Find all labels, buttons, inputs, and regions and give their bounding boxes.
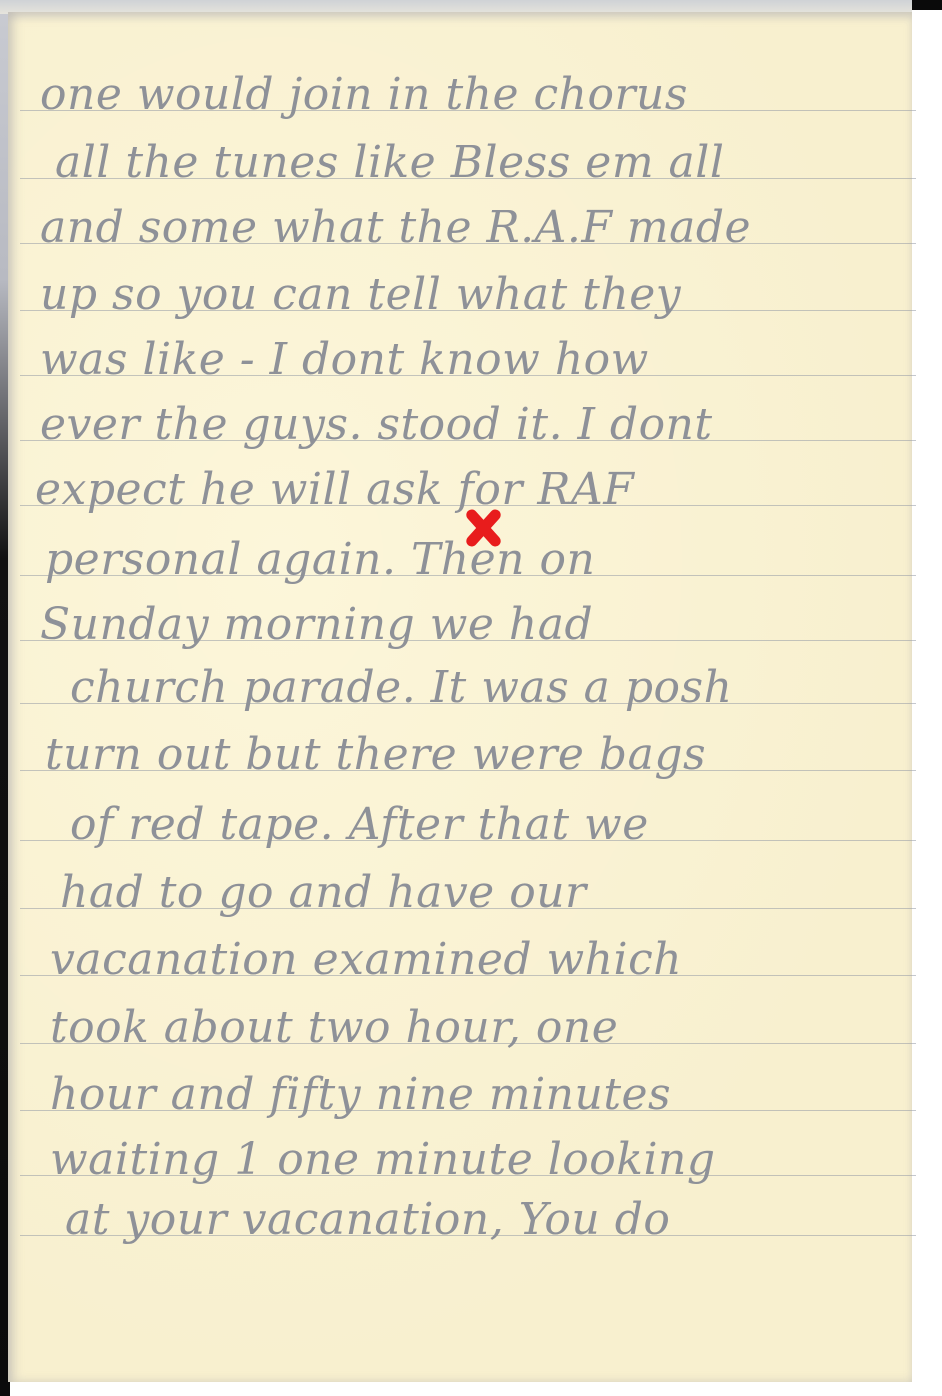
- text-line: had to go and have our: [60, 868, 942, 918]
- red-x-marker-icon[interactable]: [462, 507, 502, 547]
- text-line: hour and fifty nine minutes: [50, 1070, 942, 1120]
- text-line: ever the guys. stood it. I dont: [40, 400, 942, 450]
- text-line: up so you can tell what they: [40, 270, 942, 320]
- text-line: was like - I dont know how: [40, 335, 942, 385]
- letter-page: one would join in the chorus all the tun…: [8, 12, 912, 1382]
- text-line: waiting 1 one minute looking: [50, 1135, 942, 1185]
- text-line: at your vacanation, You do: [65, 1195, 942, 1245]
- text-line: church parade. It was a posh: [70, 663, 942, 713]
- text-line: all the tunes like Bless em all: [55, 138, 942, 188]
- text-line: Sunday morning we had: [40, 600, 942, 650]
- scan-corner: [912, 0, 942, 10]
- text-line: took about two hour, one: [50, 1003, 942, 1053]
- text-line: of red tape. After that we: [70, 800, 942, 850]
- text-line: one would join in the chorus: [40, 70, 942, 120]
- text-line: turn out but there were bags: [45, 730, 942, 780]
- text-line: vacanation examined which: [50, 935, 942, 985]
- text-line: and some what the R.A.F made: [40, 203, 942, 253]
